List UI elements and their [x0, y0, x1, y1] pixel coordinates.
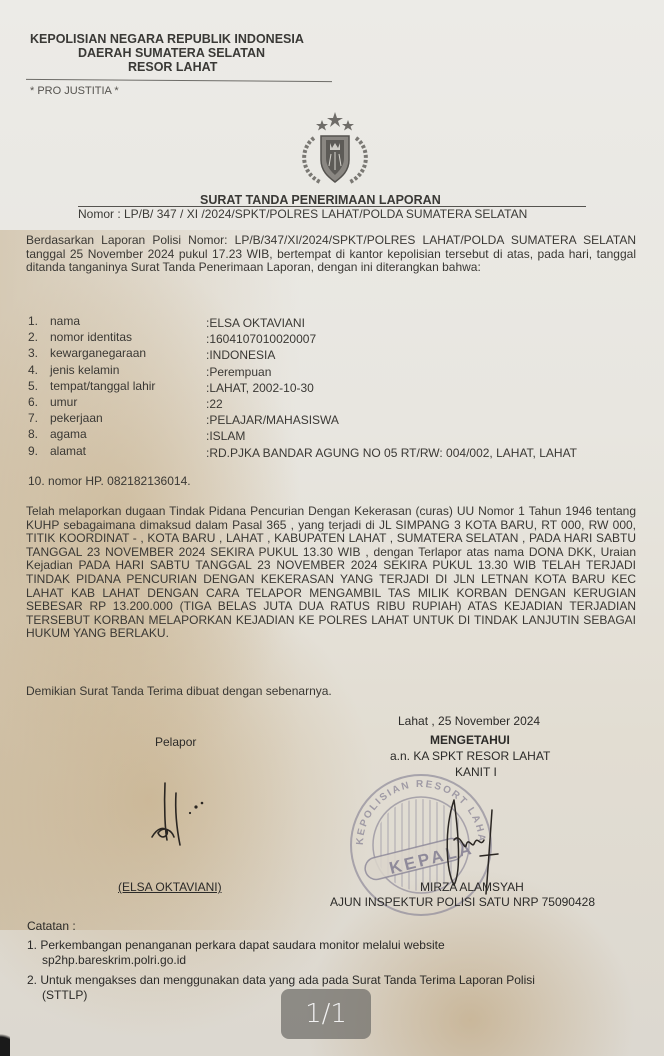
report-body-paragraph: Telah melaporkan dugaan Tindak Pidana Pe…	[26, 505, 636, 641]
police-emblem-icon	[290, 110, 380, 190]
identity-label: umur	[50, 395, 205, 409]
identity-label: nomor identitas	[50, 330, 205, 344]
identity-number: 9.	[28, 444, 50, 458]
identity-value: :Perempuan	[206, 365, 271, 379]
identity-number: 7.	[28, 411, 50, 425]
note-number: 1.	[27, 938, 37, 952]
identity-row: 3.kewarganegaraan	[28, 346, 205, 360]
identity-label: jenis kelamin	[50, 363, 205, 377]
identity-row: 6.umur	[28, 395, 205, 409]
note-item-1-website: sp2hp.bareskrim.polri.go.id	[42, 953, 186, 967]
identity-row: 2.nomor identitas	[28, 330, 205, 344]
acknowledge-label: MENGETAHUI	[430, 733, 510, 747]
identity-value: :1604107010020007	[206, 332, 316, 346]
notes-heading: Catatan :	[27, 919, 76, 933]
letterhead-line-3: RESOR LAHAT	[128, 60, 217, 74]
identity-value: :ELSA OKTAVIANI	[206, 316, 305, 330]
identity-label: nama	[50, 314, 205, 328]
letterhead-line-2: DAERAH SUMATERA SELATAN	[78, 46, 265, 60]
photo-corner-shadow	[0, 1026, 10, 1056]
officer-rank: AJUN INSPEKTUR POLISI SATU NRP 75090428	[330, 895, 595, 909]
reporter-signature	[140, 775, 220, 855]
identity-value: :22	[206, 397, 223, 411]
identity-number: 4.	[28, 363, 50, 377]
identity-value: :PELAJAR/MAHASISWA	[206, 413, 339, 427]
document-number: Nomor : LP/B/ 347 / XI /2024/SPKT/POLRES…	[78, 207, 527, 221]
identity-value: :LAHAT, 2002-10-30	[206, 381, 314, 395]
identity-label: tempat/tanggal lahir	[50, 379, 205, 393]
document-title: SURAT TANDA PENERIMAAN LAPORAN	[200, 193, 441, 207]
note-item-2-cont: (STTLP)	[42, 988, 87, 1002]
intro-paragraph: Berdasarkan Laporan Polisi Nomor: LP/B/3…	[26, 234, 636, 275]
identity-number: 2.	[28, 330, 50, 344]
identity-number: 3.	[28, 346, 50, 360]
letterhead-line-1: KEPOLISIAN NEGARA REPUBLIK INDONESIA	[30, 32, 304, 46]
phone-number-line: 10. nomor HP. 082182136014.	[28, 474, 191, 488]
identity-label: kewarganegaraan	[50, 346, 205, 360]
identity-row: 5.tempat/tanggal lahir	[28, 379, 205, 393]
note-item-2: 2. Untuk mengakses dan menggunakan data …	[27, 973, 535, 987]
reporter-label: Pelapor	[155, 735, 196, 749]
reporter-name: (ELSA OKTAVIANI)	[118, 880, 222, 894]
letterhead-divider	[26, 79, 332, 82]
note-item-1: 1. Perkembangan penanganan perkara dapat…	[27, 938, 445, 952]
on-behalf-label: a.n. KA SPKT RESOR LAHAT	[390, 749, 550, 763]
identity-number: 8.	[28, 427, 50, 441]
identity-label: agama	[50, 427, 205, 441]
identity-value: :INDONESIA	[206, 348, 275, 362]
note-text: Untuk mengakses dan menggunakan data yan…	[40, 973, 535, 987]
identity-number: 6.	[28, 395, 50, 409]
identity-label: alamat	[50, 444, 205, 458]
identity-value: :ISLAM	[206, 429, 245, 443]
identity-row: 8.agama	[28, 427, 205, 441]
identity-row: 4.jenis kelamin	[28, 363, 205, 377]
identity-label: pekerjaan	[50, 411, 205, 425]
identity-row: 7.pekerjaan	[28, 411, 205, 425]
pro-justitia-label: * PRO JUSTITIA *	[30, 85, 119, 97]
identity-number: 1.	[28, 314, 50, 328]
closing-statement: Demikian Surat Tanda Terima dibuat denga…	[26, 684, 332, 698]
note-text: Perkembangan penanganan perkara dapat sa…	[40, 938, 444, 952]
page-indicator: 1/1	[281, 989, 371, 1039]
identity-row: 9.alamat	[28, 444, 205, 458]
officer-name: MIRZA ALAMSYAH	[420, 880, 524, 894]
note-number: 2.	[27, 973, 37, 987]
place-date: Lahat , 25 November 2024	[398, 714, 540, 728]
identity-number: 5.	[28, 379, 50, 393]
document-photo: KEPOLISIAN NEGARA REPUBLIK INDONESIA DAE…	[0, 0, 664, 1056]
identity-row: 1.nama	[28, 314, 205, 328]
identity-value: :RD.PJKA BANDAR AGUNG NO 05 RT/RW: 004/0…	[206, 446, 577, 460]
